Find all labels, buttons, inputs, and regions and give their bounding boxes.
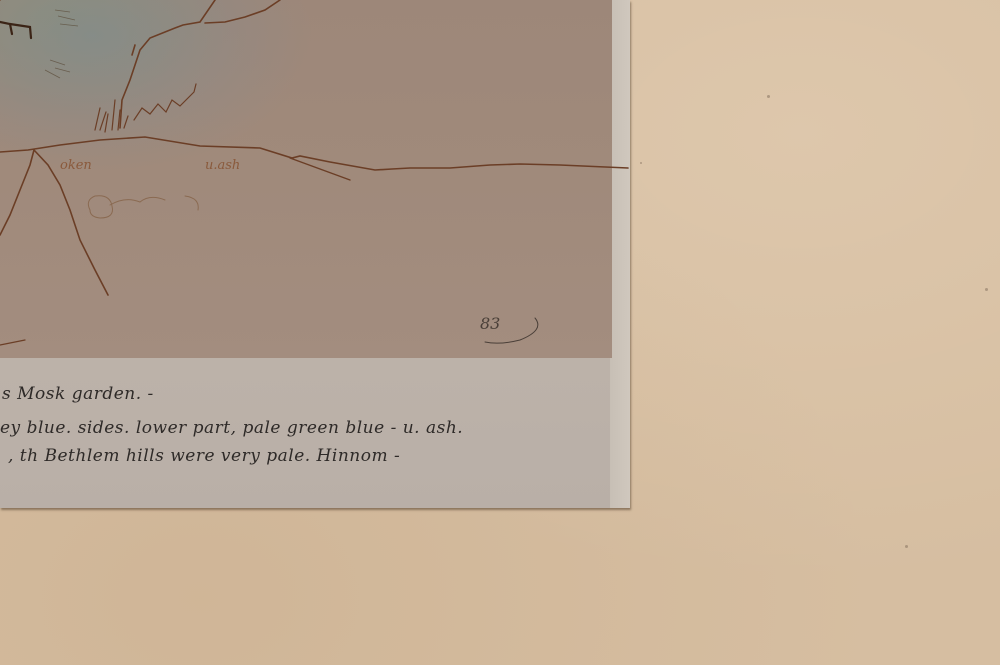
board-speck [905, 545, 908, 548]
board-speck [640, 162, 642, 164]
watercolor-drawing: oken u.ash 83 [0, 0, 612, 358]
annotation-oken: oken [60, 158, 92, 173]
caption-line-1: s Mosk garden. - [2, 384, 154, 404]
paper-sheet: oken u.ash 83 s Mosk garden. - ey blue. … [0, 0, 630, 508]
caption-line-2: ey blue. sides. lower part, pale green b… [0, 418, 463, 438]
annotation-ash: u.ash [205, 158, 240, 173]
caption-line-3: , th Bethlem hills were very pale. Hinno… [8, 446, 400, 466]
board-speck [767, 95, 770, 98]
board-speck [985, 288, 988, 291]
sheet-number: 83 [480, 314, 500, 333]
pen-sketch-lines [0, 0, 630, 360]
